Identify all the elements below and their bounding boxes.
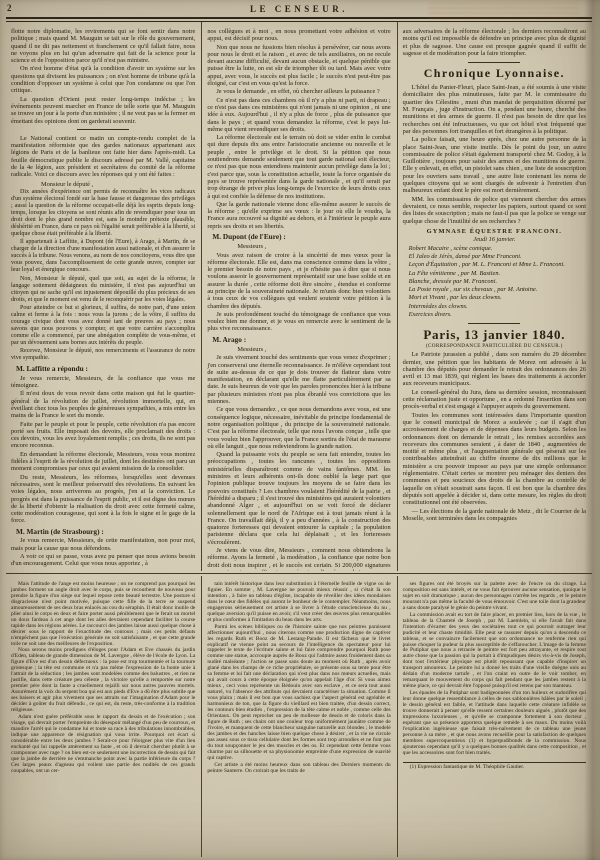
- paragraph: tain intérêt historique dans leur substi…: [207, 582, 390, 624]
- paragraph: Leçon d'Équitation , par M. L. Franconi …: [403, 261, 586, 268]
- paragraph: Le conseil-général du Jura, dans sa dern…: [403, 389, 586, 411]
- paragraph: A voir ce qui se passe, vous avez pu pen…: [11, 553, 195, 568]
- paragraph: Recevez, Monsieur le député, nos remerci…: [11, 348, 195, 362]
- paragraph: (CORRESPONDANCE PARTICULIÈRE DU CENSEUR.…: [403, 343, 586, 349]
- paragraph: MM. les commissaires de police qui vienn…: [403, 196, 586, 225]
- paragraph: Du reste, Messieurs, les réformes, lorsq…: [11, 474, 195, 525]
- paragraph: ses figures ont été broyés sur la palett…: [403, 582, 586, 612]
- paragraph: La commission avait eu tort de faire pla…: [403, 613, 586, 690]
- paragraph: (1) Expression fantastique de M. Théophi…: [403, 765, 586, 771]
- paragraph: On n'est homme d'état qu'à la condition …: [11, 65, 195, 94]
- paragraph: En demandant la réforme électorale, Mess…: [11, 451, 195, 473]
- paragraph: Le Patriote jurassien a publié , dans so…: [403, 351, 586, 387]
- paragraph: Je vous remercie, Messieurs, de cette ma…: [11, 537, 195, 552]
- paragraph: Paris, 13 janvier 1840.: [403, 328, 586, 342]
- paragraph: Il m'est doux de vous revoir dans cette …: [11, 390, 195, 419]
- paragraph: Il appartenait à Laffitte, à Dupont (de …: [11, 239, 195, 274]
- masthead-title: LE CENSEUR.: [6, 2, 592, 14]
- feuilleton-column-1: Mais l'attitude de l'ange est moins heur…: [6, 576, 201, 857]
- paragraph: M. Martin (de Strasbourg) :: [11, 528, 195, 536]
- paragraph: Faite par le peuple et pour le peuple, c…: [11, 421, 195, 450]
- paragraph: Messieurs ,: [207, 346, 390, 353]
- top-section: flotte notre diplomatie, les revirements…: [6, 22, 592, 571]
- paragraph: Cet artiste a été moins heureux dans son…: [207, 763, 390, 775]
- paragraph: Mais l'attitude de l'ange est moins heur…: [11, 582, 195, 647]
- paragraph: Ce n'est pas dans ces chambres où il n'y…: [207, 97, 390, 133]
- top-column-2: nos collègues et à moi , en nous promett…: [201, 22, 396, 571]
- paragraph: GYMNASE ÉQUESTRE FRANCONI.: [403, 228, 586, 236]
- paragraph: Nous serons moins prodigues d'éloges pou…: [11, 648, 195, 713]
- paragraph: Les épaules de la Putiphar sont badigeon…: [403, 691, 586, 756]
- paragraph: M. Arago :: [207, 336, 390, 344]
- paragraph: aux adversaires de la réforme électorale…: [403, 28, 586, 57]
- paragraph: [468, 323, 520, 324]
- paragraph: La question d'Orient peut rester long-te…: [11, 96, 195, 125]
- paragraph: Quand la puissante voix du peuple se ser…: [207, 451, 390, 546]
- paragraph: Pour atteindre ce but si glorieux, il su…: [11, 305, 195, 347]
- paragraph: L'hôtel du Panier-Fleuri, place Saint-Je…: [403, 84, 586, 135]
- paragraph: Dix années d'expérience ont permis de re…: [11, 189, 195, 238]
- paragraph: Le National contient ce matin un compte-…: [11, 135, 195, 179]
- paragraph: nos collègues et à moi , en nous promett…: [207, 28, 390, 43]
- paragraph: Ce que vous demandez , ce que nous deman…: [207, 406, 390, 450]
- paragraph: Adam n'est guère préférable sous le rapp…: [11, 715, 195, 775]
- paragraph: Parmi les scènes bibliques ou de l'histo…: [207, 625, 390, 762]
- paragraph: Monsieur le député ,: [11, 181, 195, 188]
- paragraph: Blanche, dressée par M. Franconi.: [403, 278, 586, 285]
- paragraph: M. Laffitte a répondu :: [11, 365, 195, 373]
- paragraph: Intermèdes des clowns.: [403, 303, 586, 310]
- paragraph: Je suis vivement touché des sentiments q…: [207, 354, 390, 405]
- paragraph: La Poste royale , sur six chevaux , par …: [403, 286, 586, 293]
- paragraph: Que la garde nationale vienne donc elle-…: [207, 201, 390, 230]
- paragraph: [403, 762, 586, 763]
- paragraph: Robert Macaire , scène comique.: [403, 245, 586, 252]
- paragraph: La réforme électorale est le terrain où …: [207, 134, 390, 200]
- paragraph: M. Dupont (de l'Eure) :: [207, 233, 390, 241]
- paragraph: Jeudi 16 janvier.: [403, 236, 586, 243]
- top-column-1: flotte notre diplomatie, les revirements…: [6, 22, 201, 571]
- feuilleton-section: Mais l'attitude de l'ange est moins heur…: [6, 576, 592, 857]
- paragraph: Non, Monsieur le député, quel que soit, …: [11, 276, 195, 304]
- page-header: 2 LE CENSEUR.: [6, 2, 592, 15]
- paragraph: Exercices divers.: [403, 311, 586, 318]
- paragraph: — Les élections de la garde nationale de…: [403, 508, 586, 523]
- paragraph: Mort et Vivant , par les deux clowns.: [403, 294, 586, 301]
- paragraph: Je vous le demande , en effet, où cherch…: [207, 88, 390, 95]
- paragraph: Chronique Lyonnaise.: [403, 67, 586, 80]
- paragraph: [77, 129, 129, 130]
- paragraph: [468, 62, 520, 63]
- paragraph: La Fête vénitienne , par M. Bastien.: [403, 270, 586, 277]
- paragraph: Toutes les communes sont intéressées dan…: [403, 412, 586, 507]
- page-number: 2: [7, 3, 12, 13]
- paragraph: Non que nous ne fussions bien résolus à …: [207, 44, 390, 88]
- paragraph: La police faisait, une heure après, chez…: [403, 136, 586, 194]
- top-column-3: aux adversaires de la réforme électorale…: [397, 22, 592, 571]
- paragraph: Vous avez raison de croire à la sincérit…: [207, 252, 390, 310]
- paragraph: Messieurs ,: [207, 243, 390, 250]
- feuilleton-column-3: ses figures ont été broyés sur la palett…: [397, 576, 592, 857]
- paragraph: flotte notre diplomatie, les revirements…: [11, 28, 195, 64]
- feuilleton-divider-rule: [6, 573, 592, 574]
- paragraph: Je vous remercie, Messieurs, de la confi…: [11, 375, 195, 390]
- feuilleton-column-2: tain intérêt historique dans leur substi…: [201, 576, 396, 857]
- paragraph: Je suis profondément touché du témoignag…: [207, 311, 390, 333]
- newspaper-page: 2 LE CENSEUR. flotte notre diplomatie, l…: [0, 0, 600, 860]
- paragraph: Je viens de vous dire, Messieurs , comme…: [207, 547, 390, 571]
- paragraph: El Jaleo de Jérès, dansé par Mme Francon…: [403, 253, 586, 260]
